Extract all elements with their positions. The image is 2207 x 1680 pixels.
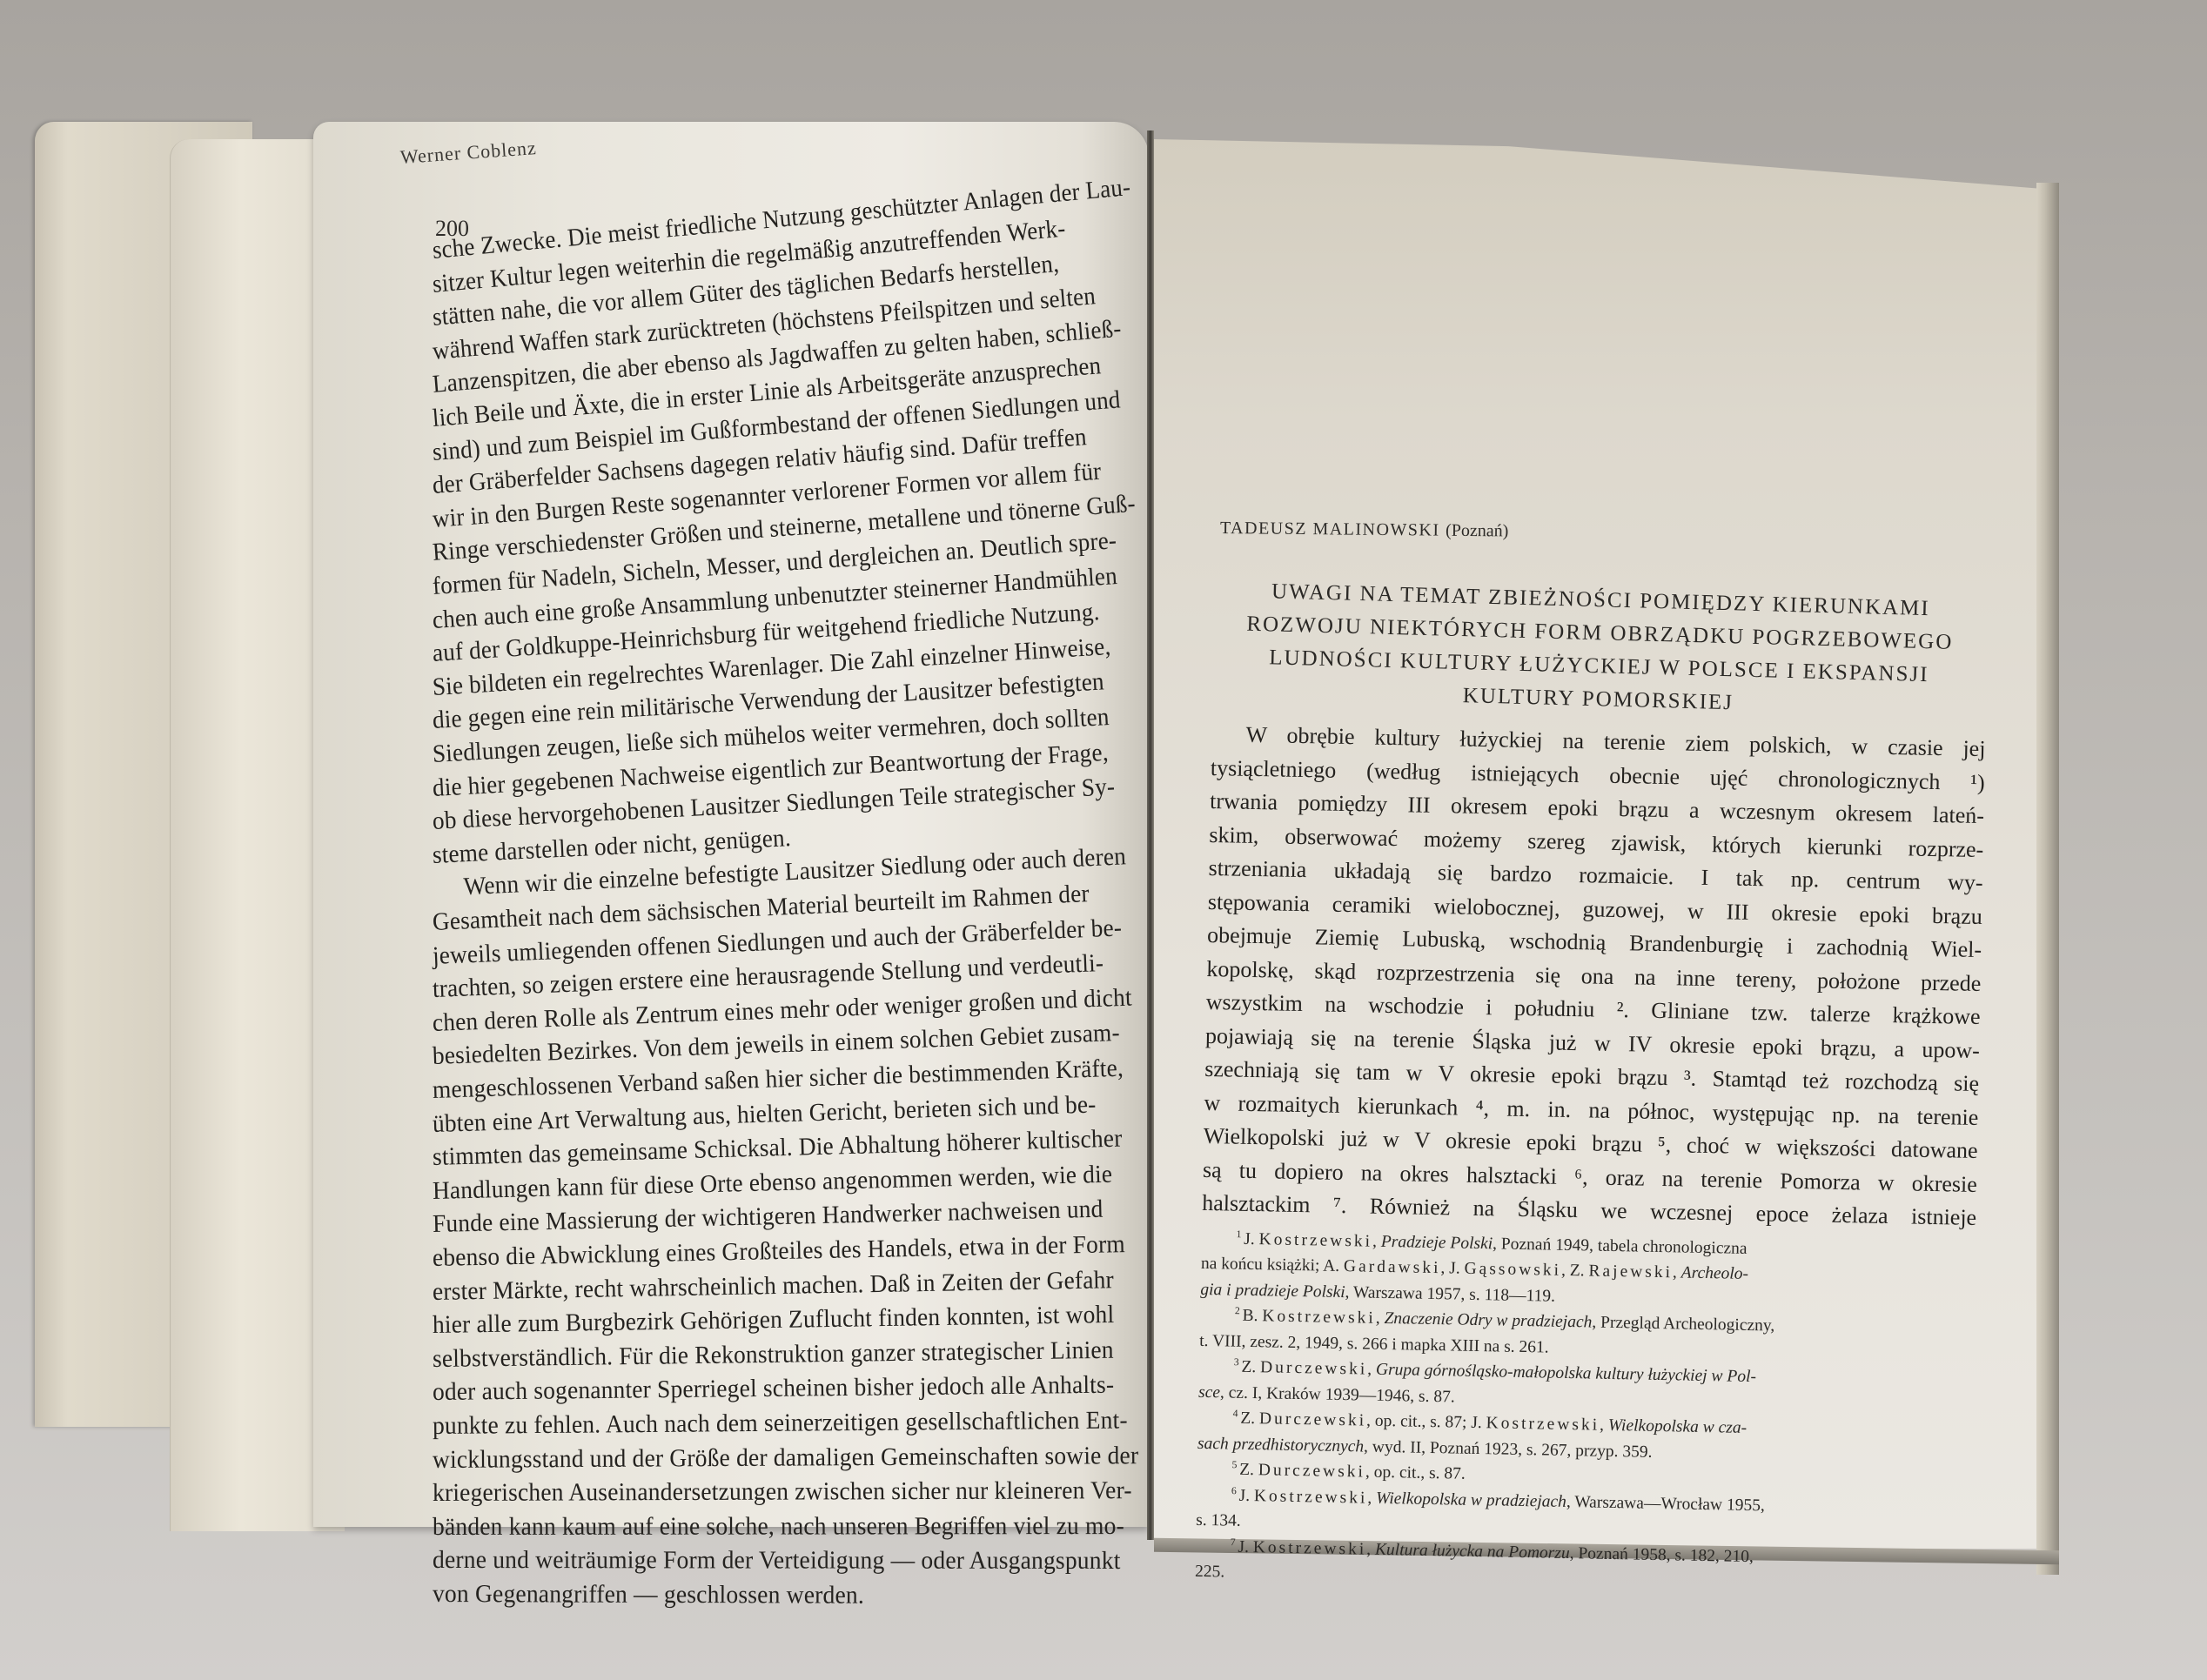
footnote-marker: 4 (1233, 1408, 1241, 1419)
footnote-marker: 3 (1234, 1356, 1242, 1368)
text-line: punkte zu fehlen. Auch nach dem seinerze… (433, 1406, 1128, 1441)
footnote-marker: 2 (1235, 1305, 1243, 1316)
right-page-body: W obrębie kultury łużyckiej na terenie z… (1195, 718, 1986, 1599)
text-line: derne und weiträumige Form der Verteidig… (433, 1546, 1121, 1576)
article-author: TADEUSZ MALINOWSKI (Poznań) (1220, 519, 1509, 541)
author-name: TADEUSZ MALINOWSKI (1220, 519, 1440, 540)
footnote-marker: 5 (1231, 1459, 1239, 1470)
footnote-marker: 7 (1231, 1536, 1238, 1548)
text-line: von Gegenangriffen — geschlossen werden. (433, 1580, 864, 1610)
footnotes: 1 J. Kostrzewski, Pradzieje Polski, Pozn… (1195, 1225, 1976, 1599)
author-city: (Poznań) (1446, 521, 1508, 541)
text-line: kriegerischen Auseinandersetzungen zwisc… (433, 1476, 1132, 1508)
book-spine (1147, 131, 1154, 1540)
footnote-1: 1 J. Kostrzewski, Pradzieje Polski, Pozn… (1200, 1225, 1976, 1317)
text-line: wicklungsstand und der Größe der damalig… (433, 1442, 1138, 1475)
footnote-marker: 6 (1231, 1485, 1239, 1496)
right-page-edge (2036, 183, 2059, 1575)
footnote-marker: 1 (1236, 1228, 1244, 1240)
article-title: UWAGI NA TEMAT ZBIEŻNOŚCI POMIĘDZY KIERU… (1224, 574, 1976, 726)
text-line: bänden kann kaum auf eine solche, nach u… (433, 1512, 1124, 1542)
